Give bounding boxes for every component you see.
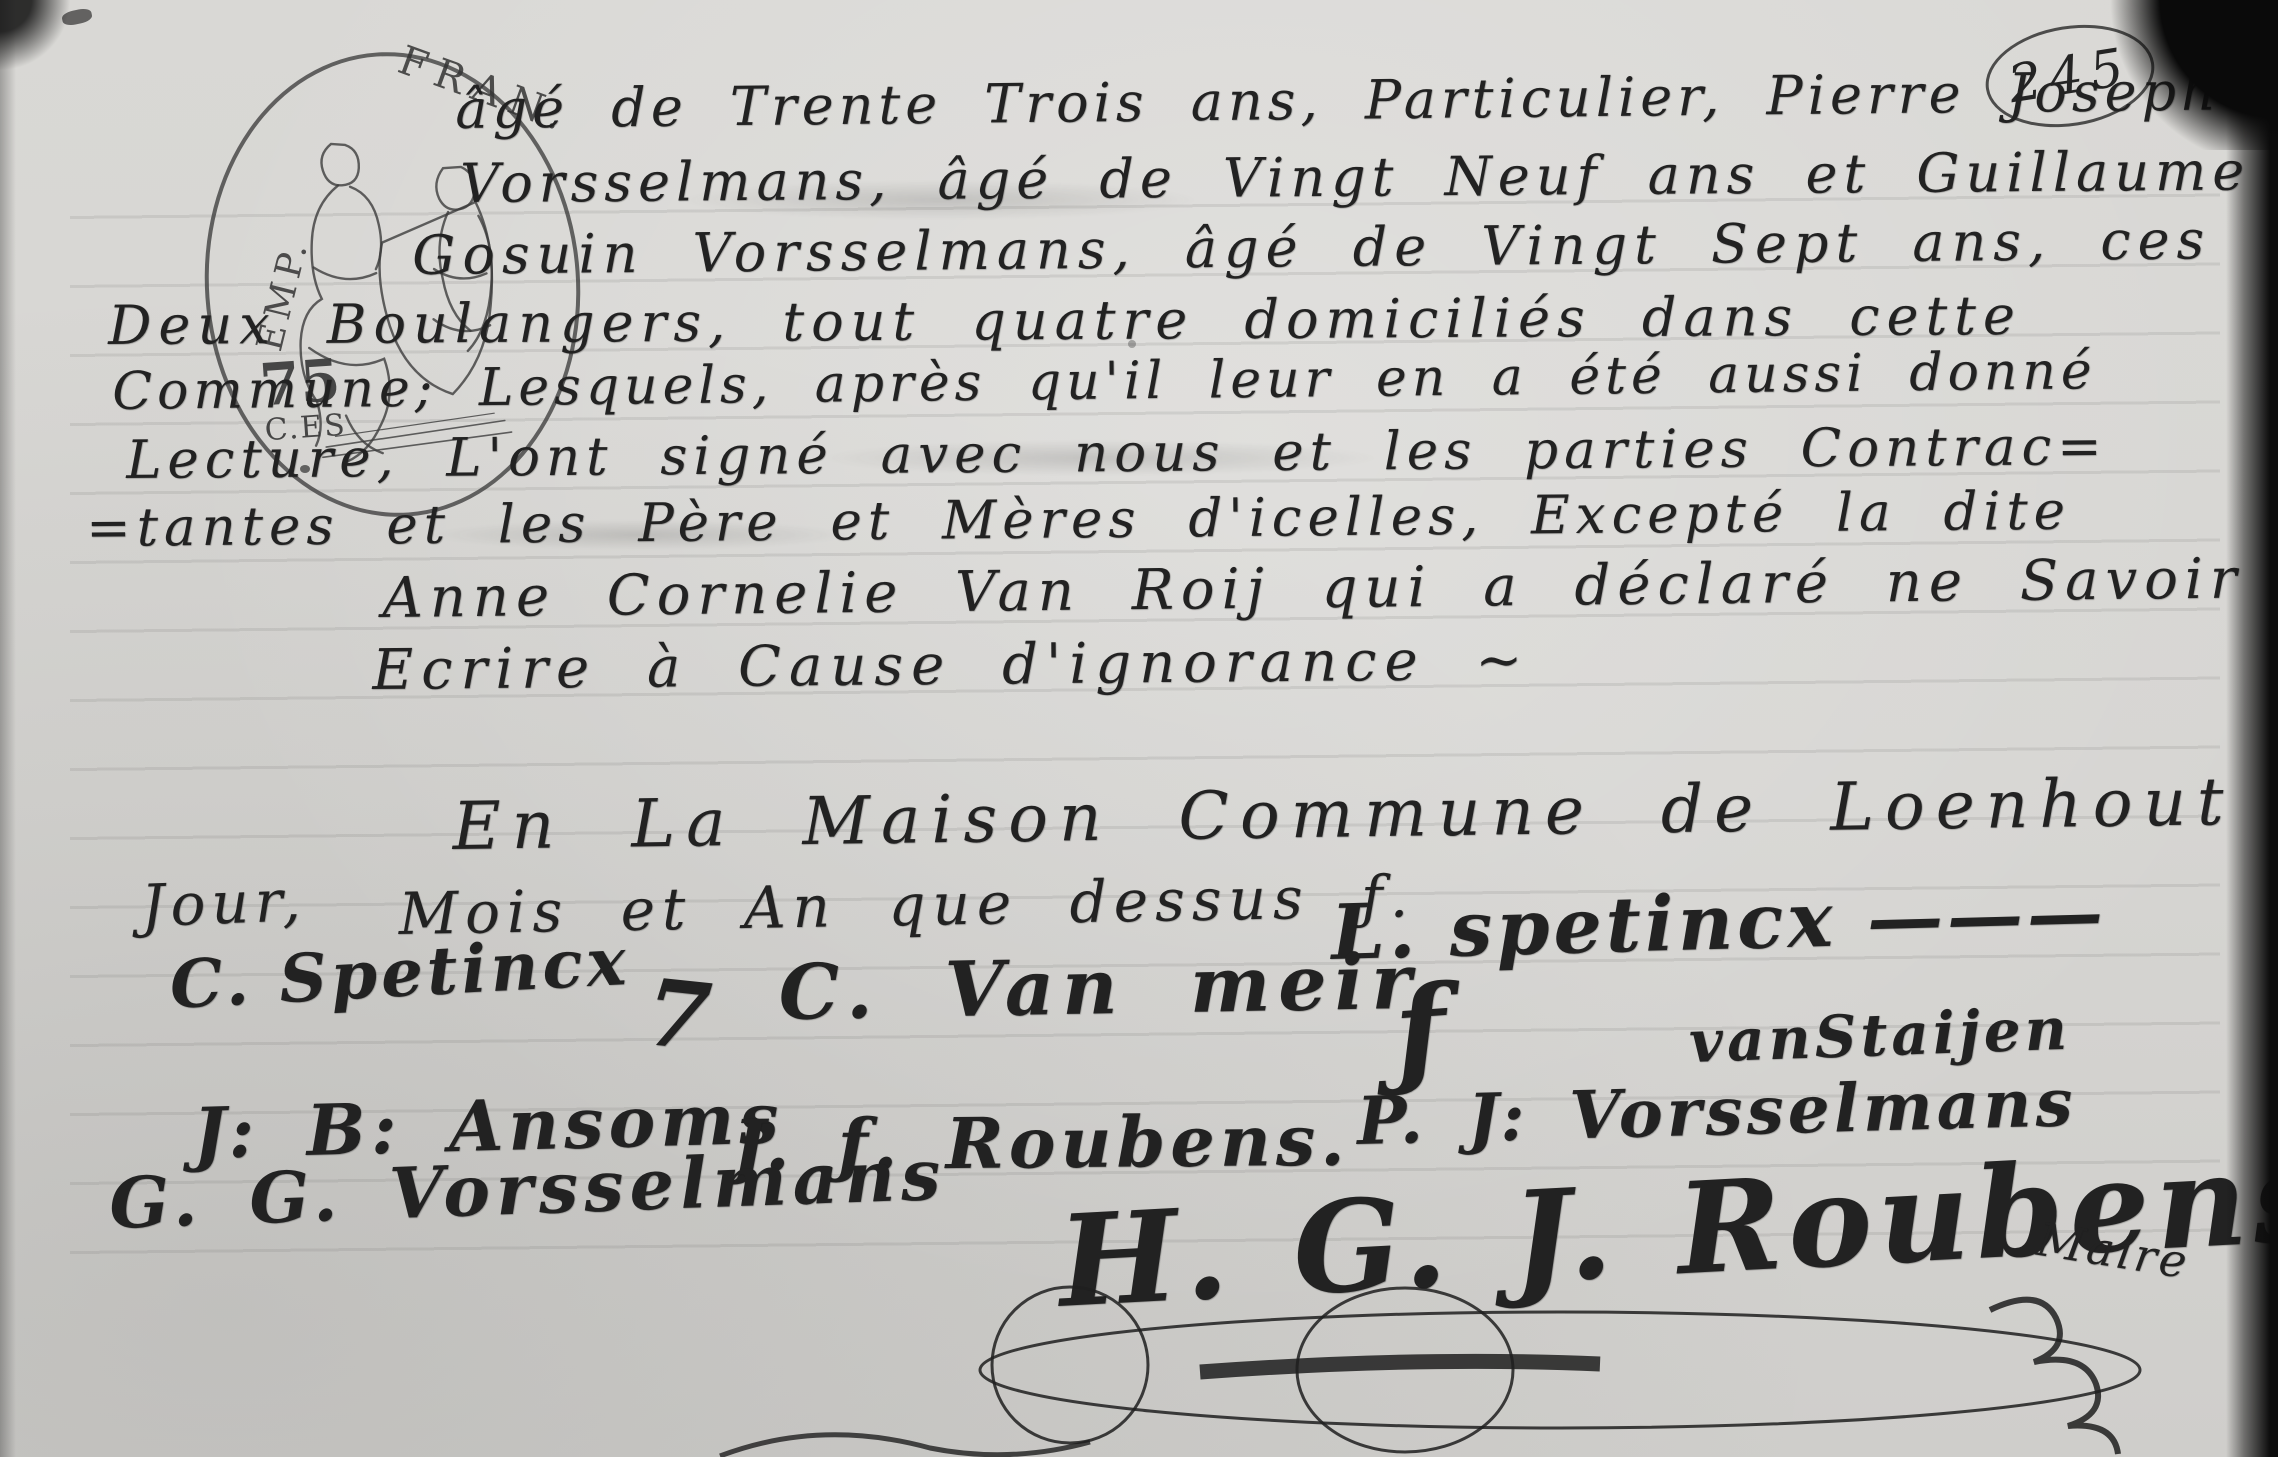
- page-left-edge: [0, 0, 16, 1457]
- signature-l-spetincx: L. spetincx ———: [1330, 868, 2108, 977]
- manuscript-line-6: Lecture, L'ont signé avec nous et les pa…: [126, 416, 2108, 491]
- manuscript-line-1: âgé de Trente Trois ans, Particulier, Pi…: [455, 60, 2221, 141]
- manuscript-line-8: Anne Cornelie Van Roij qui a déclaré ne …: [382, 547, 2244, 631]
- manuscript-line-9: Ecrire à Cause d'ignorance ~: [372, 628, 1531, 703]
- binding-edge: [2226, 0, 2278, 1457]
- signature-c-spetincx: C. Spetincx: [168, 922, 632, 1024]
- cutoff-stroke: [700, 1428, 1100, 1457]
- signature-c-van-meir: C. Van meir: [778, 937, 1420, 1037]
- closing-line-1: En La Maison Commune de Loenhout les: [452, 760, 2278, 865]
- scanned-manuscript-page: FRAN. EMP. 75 C.ES: [0, 0, 2278, 1457]
- manuscript-line-2: Vorsselmans, âgé de Vingt Neuf ans et Gu…: [460, 140, 2250, 215]
- closing-line-2-left: Jour,: [140, 866, 308, 940]
- dark-corner-top-left: [0, 0, 80, 80]
- dark-corner-top-right: [2108, 0, 2278, 150]
- signature-witness-mark: 7: [641, 958, 716, 1072]
- manuscript-line-3: Gosuin Vorsselmans, âgé de Vingt Sept an…: [412, 208, 2211, 287]
